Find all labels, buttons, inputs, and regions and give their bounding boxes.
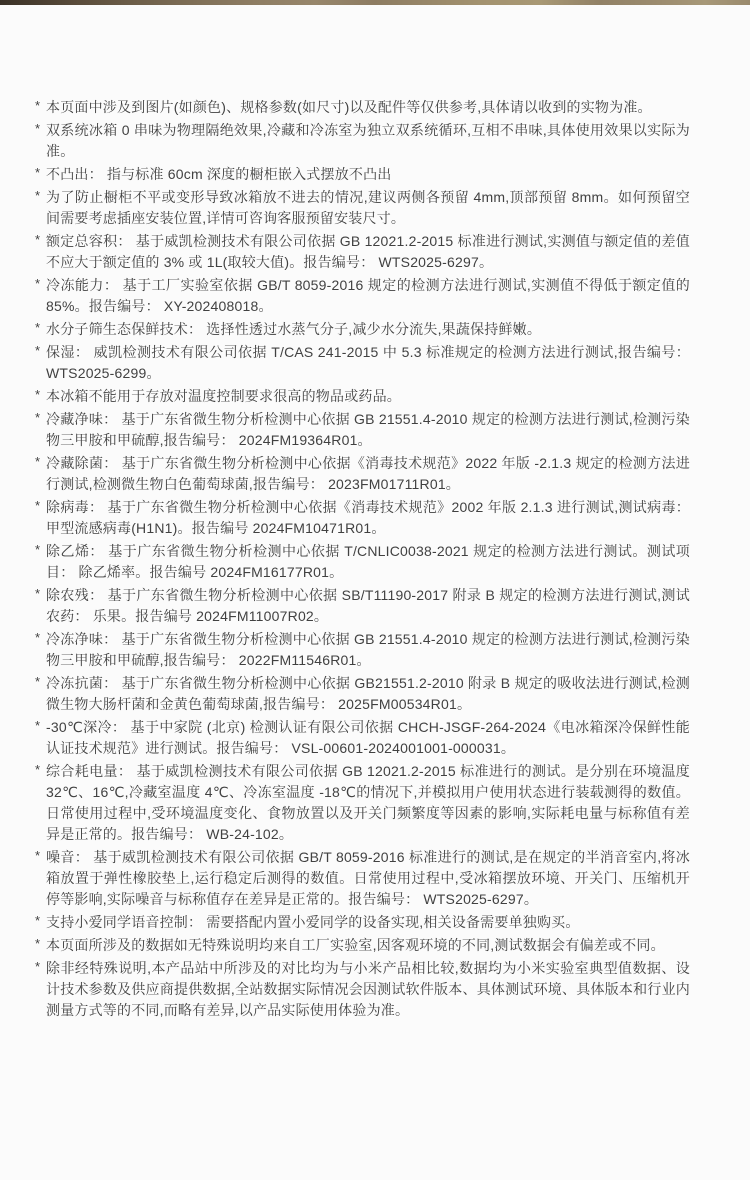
disclaimer-text: 为了防止橱柜不平或变形导致冰箱放不进去的情况,建议两侧各预留 4mm,顶部预留 … <box>46 189 690 226</box>
bullet-asterisk: * <box>35 386 40 404</box>
disclaimer-item: *冷藏净味： 基于广东省微生物分析检测中心依据 GB 21551.4-2010 … <box>46 409 690 451</box>
disclaimer-item: *除农残： 基于广东省微生物分析检测中心依据 SB/T11190-2017 附录… <box>46 585 690 627</box>
disclaimer-item: *除非经特殊说明,本产品站中所涉及的对比均为与小米产品相比较,数据均为小米实验室… <box>46 958 690 1021</box>
disclaimer-text: 本冰箱不能用于存放对温度控制要求很高的物品或药品。 <box>46 388 401 404</box>
disclaimer-item: *双系统冰箱 0 串味为物理隔绝效果,冷藏和冷冻室为独立双系统循环,互相不串味,… <box>46 120 690 162</box>
disclaimer-text: 除乙烯： 基于广东省微生物分析检测中心依据 T/CNLIC0038-2021 规… <box>46 543 690 580</box>
disclaimer-text: 本页面中涉及到图片(如颜色)、规格参数(如尺寸)以及配件等仅供参考,具体请以收到… <box>46 99 652 115</box>
disclaimer-text: 支持小爱同学语音控制： 需要搭配内置小爱同学的设备实现,相关设备需要单独购买。 <box>46 914 580 930</box>
disclaimer-text: 冷冻能力： 基于工厂实验室依据 GB/T 8059-2016 规定的检测方法进行… <box>46 277 690 314</box>
disclaimer-text: 除非经特殊说明,本产品站中所涉及的对比均为与小米产品相比较,数据均为小米实验室典… <box>46 960 690 1018</box>
disclaimer-item: *支持小爱同学语音控制： 需要搭配内置小爱同学的设备实现,相关设备需要单独购买。 <box>46 912 690 933</box>
bullet-asterisk: * <box>35 541 40 559</box>
bullet-asterisk: * <box>35 409 40 427</box>
disclaimer-list: *本页面中涉及到图片(如颜色)、规格参数(如尺寸)以及配件等仅供参考,具体请以收… <box>0 5 750 1021</box>
disclaimer-text: 本页面所涉及的数据如无特殊说明均来自工厂实验室,因客观环境的不同,测试数据会有偏… <box>46 937 665 953</box>
disclaimer-item: *为了防止橱柜不平或变形导致冰箱放不进去的情况,建议两侧各预留 4mm,顶部预留… <box>46 187 690 229</box>
disclaimer-item: *水分子筛生态保鲜技术： 选择性透过水蒸气分子,减少水分流失,果蔬保持鲜嫩。 <box>46 319 690 340</box>
disclaimer-item: *本页面中涉及到图片(如颜色)、规格参数(如尺寸)以及配件等仅供参考,具体请以收… <box>46 97 690 118</box>
disclaimer-item: *除乙烯： 基于广东省微生物分析检测中心依据 T/CNLIC0038-2021 … <box>46 541 690 583</box>
bullet-asterisk: * <box>35 342 40 360</box>
disclaimer-text: 保湿： 威凯检测技术有限公司依据 T/CAS 241-2015 中 5.3 标准… <box>46 344 690 381</box>
bullet-asterisk: * <box>35 120 40 138</box>
disclaimer-text: 冷冻抗菌： 基于广东省微生物分析检测中心依据 GB21551.2-2010 附录… <box>46 675 690 712</box>
bullet-asterisk: * <box>35 231 40 249</box>
disclaimer-item: *保湿： 威凯检测技术有限公司依据 T/CAS 241-2015 中 5.3 标… <box>46 342 690 384</box>
disclaimer-text: 除农残： 基于广东省微生物分析检测中心依据 SB/T11190-2017 附录 … <box>46 587 690 624</box>
disclaimer-item: *额定总容积： 基于威凯检测技术有限公司依据 GB 12021.2-2015 标… <box>46 231 690 273</box>
disclaimer-item: *-30℃深冷： 基于中家院 (北京) 检测认证有限公司依据 CHCH-JSGF… <box>46 717 690 759</box>
disclaimer-text: 不凸出： 指与标准 60cm 深度的橱柜嵌入式摆放不凸出 <box>46 166 392 182</box>
disclaimer-item: *除病毒： 基于广东省微生物分析检测中心依据《消毒技术规范》2002 年版 2.… <box>46 497 690 539</box>
disclaimer-text: 额定总容积： 基于威凯检测技术有限公司依据 GB 12021.2-2015 标准… <box>46 233 690 270</box>
bullet-asterisk: * <box>35 497 40 515</box>
disclaimer-item: *冷冻能力： 基于工厂实验室依据 GB/T 8059-2016 规定的检测方法进… <box>46 275 690 317</box>
bullet-asterisk: * <box>35 629 40 647</box>
disclaimer-text: -30℃深冷： 基于中家院 (北京) 检测认证有限公司依据 CHCH-JSGF-… <box>46 719 690 756</box>
bullet-asterisk: * <box>35 97 40 115</box>
bullet-asterisk: * <box>35 761 40 779</box>
bullet-asterisk: * <box>35 164 40 182</box>
disclaimer-text: 噪音： 基于威凯检测技术有限公司依据 GB/T 8059-2016 标准进行的测… <box>46 849 690 907</box>
disclaimer-item: *本冰箱不能用于存放对温度控制要求很高的物品或药品。 <box>46 386 690 407</box>
bullet-asterisk: * <box>35 717 40 735</box>
disclaimer-item: *冷冻抗菌： 基于广东省微生物分析检测中心依据 GB21551.2-2010 附… <box>46 673 690 715</box>
disclaimer-item: *综合耗电量： 基于威凯检测技术有限公司依据 GB 12021.2-2015 标… <box>46 761 690 845</box>
disclaimer-text: 冷藏除菌： 基于广东省微生物分析检测中心依据《消毒技术规范》2022 年版 -2… <box>46 455 690 492</box>
disclaimer-item: *冷冻净味： 基于广东省微生物分析检测中心依据 GB 21551.4-2010 … <box>46 629 690 671</box>
bullet-asterisk: * <box>35 935 40 953</box>
bullet-asterisk: * <box>35 319 40 337</box>
bullet-asterisk: * <box>35 912 40 930</box>
disclaimer-text: 冷藏净味： 基于广东省微生物分析检测中心依据 GB 21551.4-2010 规… <box>46 411 690 448</box>
bullet-asterisk: * <box>35 847 40 865</box>
disclaimer-item: *不凸出： 指与标准 60cm 深度的橱柜嵌入式摆放不凸出 <box>46 164 690 185</box>
disclaimer-text: 冷冻净味： 基于广东省微生物分析检测中心依据 GB 21551.4-2010 规… <box>46 631 690 668</box>
disclaimer-text: 综合耗电量： 基于威凯检测技术有限公司依据 GB 12021.2-2015 标准… <box>46 763 690 842</box>
disclaimer-item: *本页面所涉及的数据如无特殊说明均来自工厂实验室,因客观环境的不同,测试数据会有… <box>46 935 690 956</box>
bullet-asterisk: * <box>35 187 40 205</box>
bullet-asterisk: * <box>35 585 40 603</box>
disclaimer-text: 水分子筛生态保鲜技术： 选择性透过水蒸气分子,减少水分流失,果蔬保持鲜嫩。 <box>46 321 541 337</box>
bullet-asterisk: * <box>35 275 40 293</box>
disclaimer-item: *噪音： 基于威凯检测技术有限公司依据 GB/T 8059-2016 标准进行的… <box>46 847 690 910</box>
disclaimer-text: 双系统冰箱 0 串味为物理隔绝效果,冷藏和冷冻室为独立双系统循环,互相不串味,具… <box>46 122 690 159</box>
disclaimer-item: *冷藏除菌： 基于广东省微生物分析检测中心依据《消毒技术规范》2022 年版 -… <box>46 453 690 495</box>
bullet-asterisk: * <box>35 673 40 691</box>
bullet-asterisk: * <box>35 453 40 471</box>
disclaimer-text: 除病毒： 基于广东省微生物分析检测中心依据《消毒技术规范》2002 年版 2.1… <box>46 499 690 536</box>
bullet-asterisk: * <box>35 958 40 976</box>
